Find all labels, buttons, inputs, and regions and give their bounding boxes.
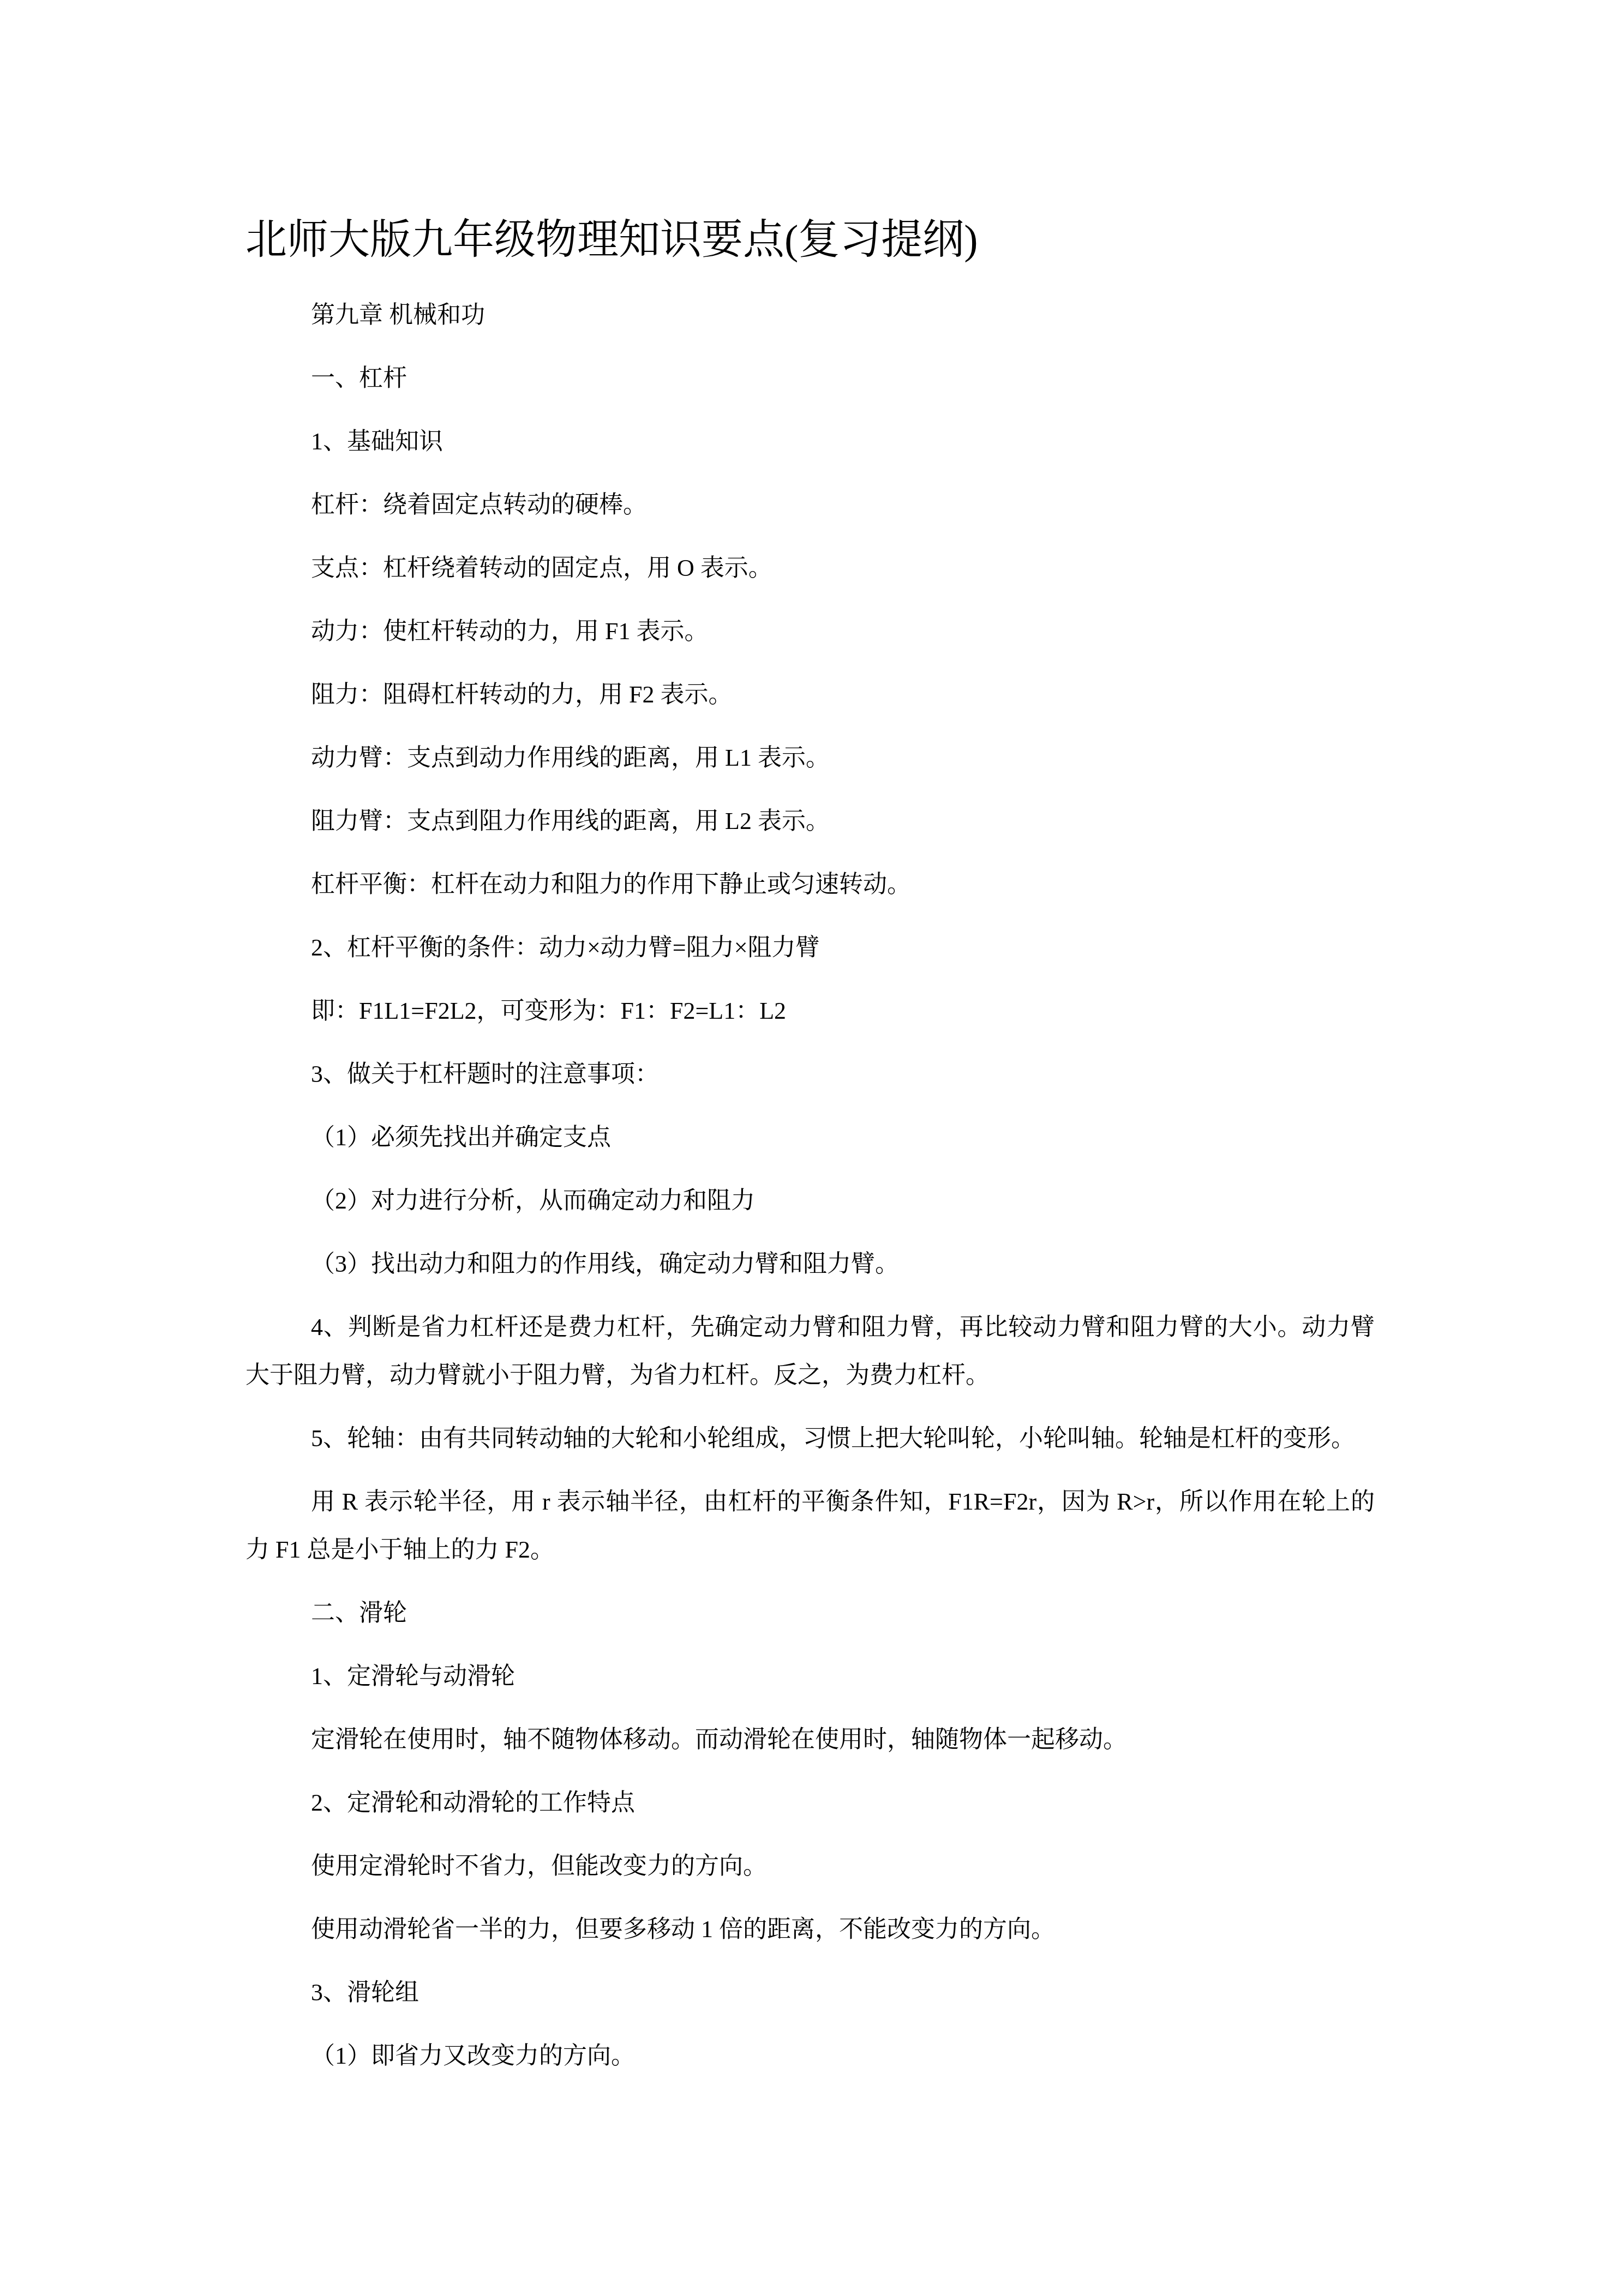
paragraph-fixed-pulley-feature: 使用定滑轮时不省力，但能改变力的方向。 xyxy=(245,1842,1375,1890)
paragraph-item-5-wheel-axle: 5、轮轴：由有共同转动轴的大轮和小轮组成，习惯上把大轮叫轮，小轮叫轴。轮轴是杠杆… xyxy=(245,1415,1375,1463)
paragraph-movable-pulley-feature: 使用动滑轮省一半的力，但要多移动 1 倍的距离，不能改变力的方向。 xyxy=(245,1906,1375,1954)
paragraph-pulley-item-2-heading: 2、定滑轮和动滑轮的工作特点 xyxy=(245,1779,1375,1827)
paragraph-note-2: （2）对力进行分析，从而确定动力和阻力 xyxy=(245,1177,1375,1225)
paragraph-wheel-axle-formula: 用 R 表示轮半径，用 r 表示轴半径，由杠杆的平衡条件知，F1R=F2r，因为… xyxy=(245,1478,1375,1574)
paragraph-lever-definition: 杠杆：绕着固定点转动的硬棒。 xyxy=(245,481,1375,529)
paragraph-item-3-heading: 3、做关于杠杆题时的注意事项： xyxy=(245,1050,1375,1098)
paragraph-chapter-heading: 第九章 机械和功 xyxy=(245,291,1375,339)
paragraph-section-1-heading: 一、杠杆 xyxy=(245,354,1375,402)
paragraph-effort-arm-definition: 动力臂：支点到动力作用线的距离，用 L1 表示。 xyxy=(245,734,1375,782)
paragraph-fulcrum-definition: 支点：杠杆绕着转动的固定点，用 O 表示。 xyxy=(245,544,1375,592)
paragraph-pulley-definitions: 定滑轮在使用时，轴不随物体移动。而动滑轮在使用时，轴随物体一起移动。 xyxy=(245,1716,1375,1764)
paragraph-balance-formula: 即：F1L1=F2L2，可变形为：F1：F2=L1：L2 xyxy=(245,987,1375,1035)
paragraph-pulley-item-1-heading: 1、定滑轮与动滑轮 xyxy=(245,1652,1375,1700)
paragraph-pulley-group-heading: 3、滑轮组 xyxy=(245,1969,1375,2017)
paragraph-resistance-definition: 阻力：阻碍杠杆转动的力，用 F2 表示。 xyxy=(245,671,1375,719)
paragraph-note-1: （1）必须先找出并确定支点 xyxy=(245,1114,1375,1162)
paragraph-item-1-heading: 1、基础知识 xyxy=(245,418,1375,466)
paragraph-section-2-heading: 二、滑轮 xyxy=(245,1589,1375,1637)
paragraph-note-3: （3）找出动力和阻力的作用线，确定动力臂和阻力臂。 xyxy=(245,1240,1375,1288)
paragraph-lever-balance-definition: 杠杆平衡：杠杆在动力和阻力的作用下静止或匀速转动。 xyxy=(245,861,1375,909)
paragraph-item-4-judging-levers: 4、判断是省力杠杆还是费力杠杆，先确定动力臂和阻力臂，再比较动力臂和阻力臂的大小… xyxy=(245,1303,1375,1399)
document-page: 北师大版九年级物理知识要点(复习提纲) 第九章 机械和功 一、杠杆 1、基础知识… xyxy=(0,0,1624,2296)
paragraph-resistance-arm-definition: 阻力臂：支点到阻力作用线的距离，用 L2 表示。 xyxy=(245,797,1375,845)
document-title: 北师大版九年级物理知识要点(复习提纲) xyxy=(245,213,1375,267)
paragraph-effort-definition: 动力：使杠杆转动的力，用 F1 表示。 xyxy=(245,608,1375,656)
paragraph-pulley-group-feature-1: （1）即省力又改变力的方向。 xyxy=(245,2032,1375,2080)
paragraph-balance-condition: 2、杠杆平衡的条件：动力×动力臂=阻力×阻力臂 xyxy=(245,924,1375,972)
